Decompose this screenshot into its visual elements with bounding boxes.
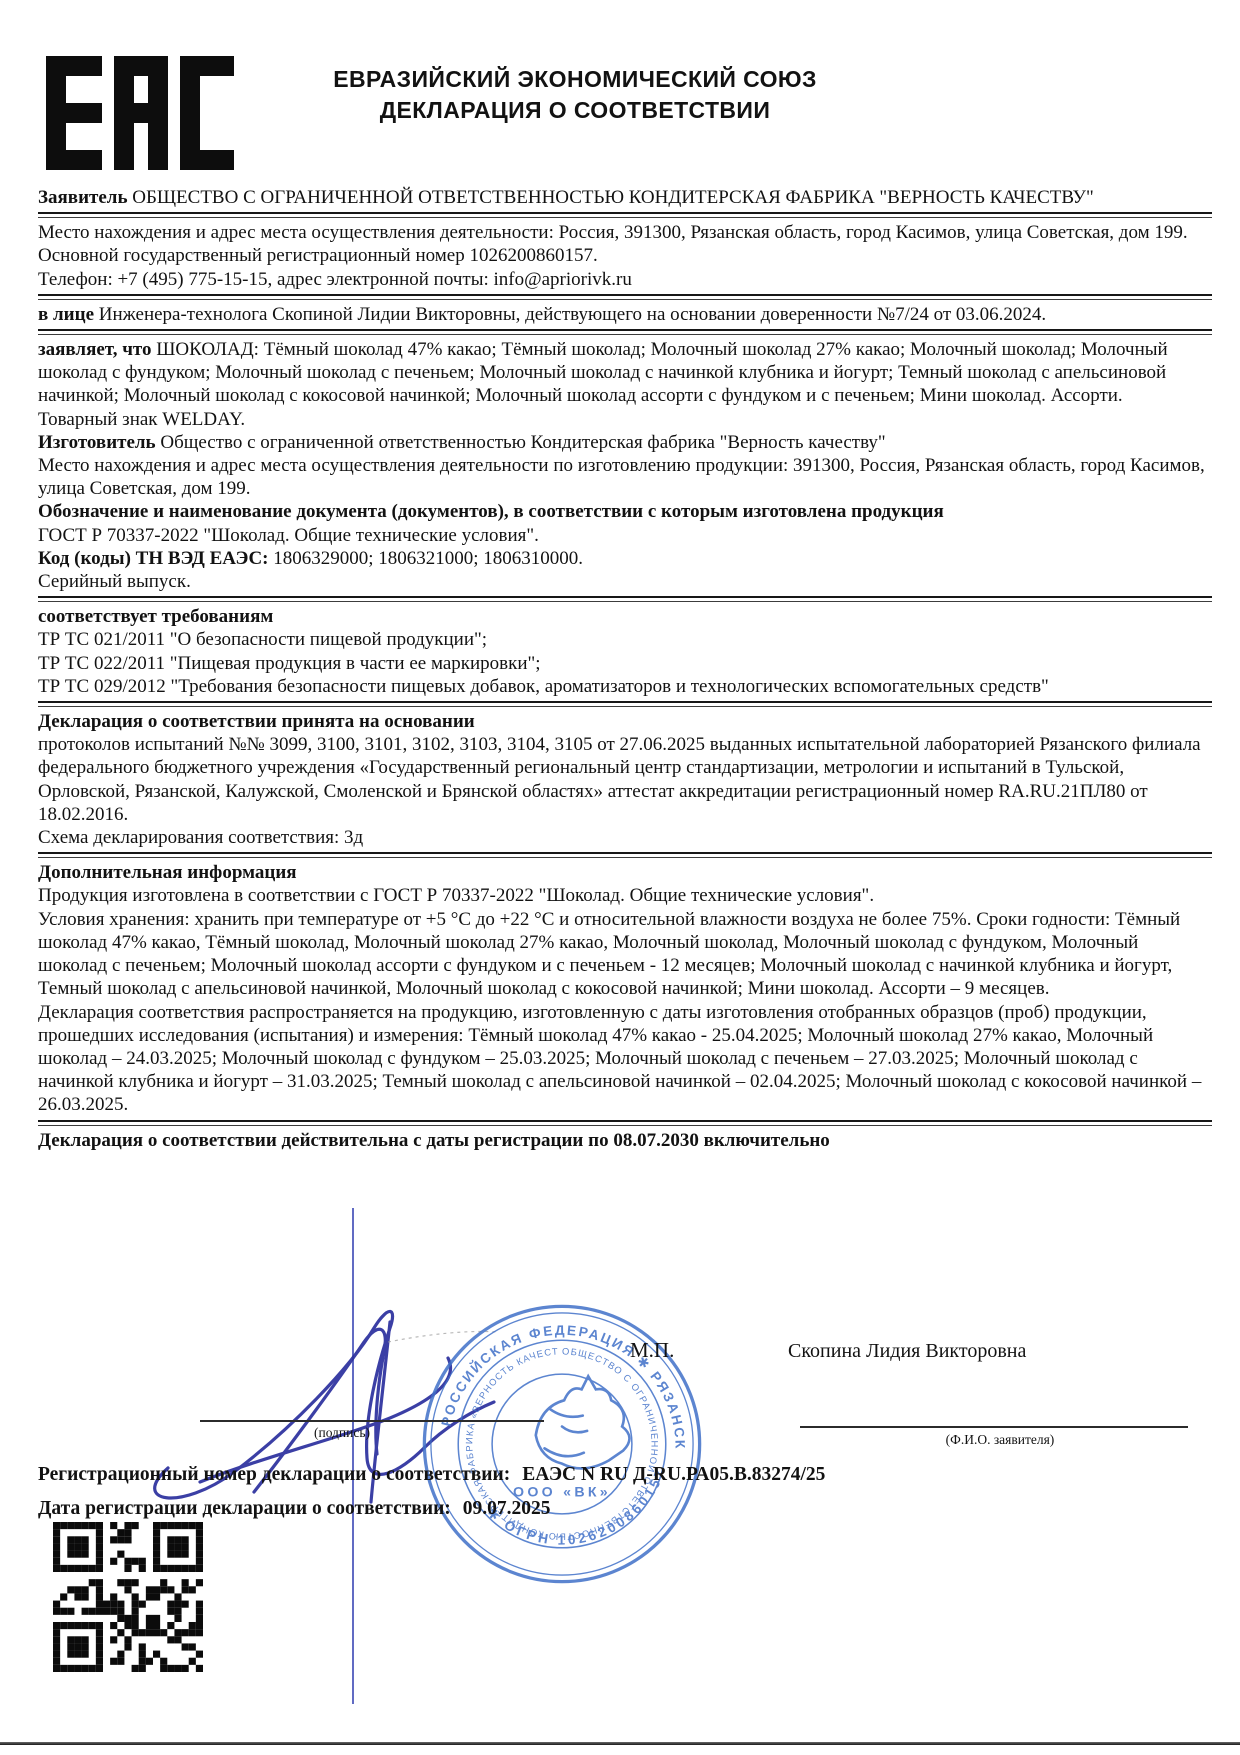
declaration-scheme: Схема декларирования соответствия: 3д	[38, 826, 1212, 849]
eac-mark-icon	[46, 56, 236, 170]
representative-paragraph: в лице Инженера-технолога Скопиной Лидии…	[38, 303, 1212, 326]
fio-line	[800, 1426, 1188, 1428]
declaration-title: ДЕКЛАРАЦИЯ О СООТВЕТСТВИИ	[250, 95, 900, 126]
validity-line: Декларация о соответствии действительна …	[38, 1129, 1212, 1152]
declaration-page: ЕВРАЗИЙСКИЙ ЭКОНОМИЧЕСКИЙ СОЮЗ ДЕКЛАРАЦИ…	[0, 0, 1240, 1755]
product-label: заявляет, что	[38, 339, 152, 360]
section-divider	[38, 852, 1212, 858]
trademark: Товарный знак WELDAY.	[38, 408, 1212, 431]
registration-number-value: ЕАЭС N RU Д-RU.РА05.В.83274/25	[522, 1464, 825, 1485]
stamp-emblem-icon	[536, 1376, 630, 1468]
registration-number-label: Регистрационный номер декларации о соотв…	[38, 1464, 510, 1485]
section-divider	[38, 596, 1212, 602]
signature-line	[200, 1420, 544, 1422]
additional-samples: Декларация соответствия распространяется…	[38, 1001, 1212, 1117]
requirement-item: ТР ТС 022/2011 "Пищевая продукция в част…	[38, 652, 1212, 675]
additional-made: Продукция изготовлена в соответствии с Г…	[38, 884, 1212, 907]
tnved-label: Код (коды) ТН ВЭД ЕАЭС:	[38, 548, 269, 569]
section-divider	[38, 701, 1212, 707]
serial-production: Серийный выпуск.	[38, 570, 1212, 593]
section-divider	[38, 1120, 1212, 1126]
product-paragraph: заявляет, что ШОКОЛАД: Тёмный шоколад 47…	[38, 338, 1212, 408]
registration-date-label: Дата регистрации декларации о соответств…	[38, 1498, 451, 1519]
section-divider	[38, 329, 1212, 335]
section-divider	[38, 212, 1212, 218]
applicant-label: Заявитель	[38, 187, 128, 208]
applicant-ogrn: Основной государственный регистрационный…	[38, 244, 1212, 267]
manufacturer-label: Изготовитель	[38, 432, 156, 453]
signature-caption: (подпись)	[262, 1425, 422, 1441]
representative-label: в лице	[38, 304, 94, 325]
requirements-label: соответствует требованиям	[38, 605, 1212, 628]
manufacturer-paragraph: Изготовитель Общество с ограниченной отв…	[38, 431, 1212, 454]
fio-caption: (Ф.И.О. заявителя)	[905, 1432, 1095, 1448]
applicant-fio: Скопина Лидия Викторовна	[788, 1340, 1026, 1363]
section-divider	[38, 294, 1212, 300]
document-title: ЕВРАЗИЙСКИЙ ЭКОНОМИЧЕСКИЙ СОЮЗ ДЕКЛАРАЦИ…	[250, 64, 900, 126]
basis-label: Декларация о соответствии принята на осн…	[38, 710, 1212, 733]
basis-text: протоколов испытаний №№ 3099, 3100, 3101…	[38, 733, 1212, 826]
manufacturer-address: Место нахождения и адрес места осуществл…	[38, 454, 1212, 500]
applicant-paragraph: Заявитель ОБЩЕСТВО С ОГРАНИЧЕННОЙ ОТВЕТС…	[38, 186, 1212, 209]
registration-date-value: 09.07.2025	[463, 1498, 551, 1519]
manufacturer-name: Общество с ограниченной ответственностью…	[160, 432, 885, 453]
additional-info-label: Дополнительная информация	[38, 861, 1212, 884]
document-designation-label: Обозначение и наименование документа (до…	[38, 500, 1212, 523]
document-body: Заявитель ОБЩЕСТВО С ОГРАНИЧЕННОЙ ОТВЕТС…	[38, 186, 1212, 1152]
applicant-name: ОБЩЕСТВО С ОГРАНИЧЕННОЙ ОТВЕТСТВЕННОСТЬЮ…	[132, 187, 1093, 208]
qr-code	[53, 1522, 203, 1672]
union-title: ЕВРАЗИЙСКИЙ ЭКОНОМИЧЕСКИЙ СОЮЗ	[250, 64, 900, 95]
applicant-phone: Телефон: +7 (495) 775-15-15, адрес элект…	[38, 268, 1212, 291]
document-designation: ГОСТ Р 70337-2022 "Шоколад. Общие технич…	[38, 524, 1212, 547]
additional-storage: Условия хранения: хранить при температур…	[38, 908, 1212, 1001]
registration-date-line: Дата регистрации декларации о соответств…	[38, 1498, 551, 1520]
registration-number-line: Регистрационный номер декларации о соотв…	[38, 1464, 825, 1486]
product-list: ШОКОЛАД: Тёмный шоколад 47% какао; Тёмны…	[38, 339, 1168, 406]
requirement-item: ТР ТС 021/2011 "О безопасности пищевой п…	[38, 628, 1212, 651]
tnved-codes: 1806329000; 1806321000; 1806310000.	[273, 548, 583, 569]
requirement-item: ТР ТС 029/2012 "Требования безопасности …	[38, 675, 1212, 698]
applicant-address: Место нахождения и адрес места осуществл…	[38, 221, 1212, 244]
tnved-paragraph: Код (коды) ТН ВЭД ЕАЭС: 1806329000; 1806…	[38, 547, 1212, 570]
representative-text: Инженера-технолога Скопиной Лидии Виктор…	[99, 304, 1046, 325]
page-bottom-rule	[0, 1742, 1240, 1745]
stamp-place-label: М.П.	[630, 1338, 674, 1363]
